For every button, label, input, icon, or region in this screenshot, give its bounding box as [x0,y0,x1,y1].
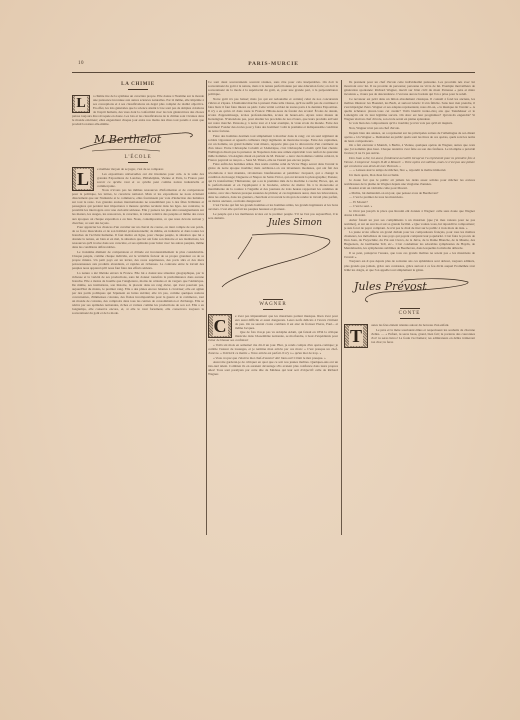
column-divider-2 [341,80,342,535]
paragraph: Pour apprécier les chances d'un cavalier… [72,225,204,249]
paragraph: C'est l'école qui fait les grands hommes… [208,203,338,211]
paragraph: Notre goût n'a pas baissé; mais (ce qui … [208,97,338,133]
section-title-conte: CONTE [344,312,475,316]
paragraph: — « Laissez-leur le temps de mâcher, Sir… [344,168,475,172]
paragraph: Auber faisait un jour ses compliments à … [344,218,475,230]
signature-berthelot: M Berthelot [72,127,204,153]
title-rule [128,89,148,90]
signature-wagner-author: Jules Prévost [344,272,475,304]
paragraph: La nature a été libérale envers la Franc… [72,271,204,316]
paragraph: Je n'irai pas jusqu'à la place que Rossi… [344,209,475,217]
title-rule [400,318,420,319]
signature-flourish-icon [208,221,338,295]
newspaper-page: 10 PARIS-MURCIE LA CHIMIE L a chimie tir… [0,0,520,720]
paragraph: Ce sont deux souverainetés souvent réuni… [208,80,338,96]
paragraph: Ils prennent pour un chef d'école cette … [344,80,475,96]
paragraph: Faire des hommes destinés tout simplemen… [208,134,338,162]
header-rule [72,72,475,73]
section-title-chimie: LA CHIMIE [72,83,204,87]
paragraph: Le troisième élément de comparaison et d… [72,250,204,270]
section-title-wagner: WAGNER [208,303,338,307]
paragraph: Don Juan a été, lui aussi, froidement ac… [344,156,475,168]
title-rule [263,309,283,310]
column-1: LA CHIMIE L a chimie tire de la synthèse… [72,80,204,640]
paragraph: — C'est le premier de tous les musiciens… [344,195,475,199]
paragraph: Je doute fort que le public ait jamais l… [344,178,475,186]
title-rule [400,308,420,309]
paragraph: Nous n'avons pas les mêmes ressources d'… [72,188,204,224]
paragraph: Il se peut, puisqu'on l'assure, que tous… [344,251,475,259]
paragraph: Un mois après, Don Juan fut acclamé. [344,173,475,177]
paragraph: — C'est le seul. » [344,204,475,208]
section-title-ecole: L'ÉCOLE [72,156,204,160]
paragraph: On a fait exécuter à Munich, à Berlin, à… [344,143,475,155]
ornamental-dropcap-icon: C [208,314,232,338]
paragraph: « Voilà six mois en semaine! me dit-il u… [208,343,338,355]
paragraph: « Maître, lui demandait-on un jour, que … [344,191,475,195]
paragraph: Non, Wagner n'est pas un chef d'école. [344,126,475,130]
paragraph: a chimie tire de la synthèse un caractèr… [72,94,204,126]
column-3: Ils prennent pour un chef d'école cette … [344,80,475,640]
running-title: PARIS-MURCIE [72,61,475,67]
paragraph: Je vois bien des compositeurs qu'il a tr… [344,121,475,125]
paragraph: — Et Mozart? [344,200,475,204]
paragraph: « Vous croyez que c'était le mot chef-d'… [208,356,338,360]
paragraph: Faire enfin des hommes utiles. Des noms … [208,162,338,202]
paragraph: Aussi me garderai-je de critiquer en quo… [208,360,338,376]
column-divider-1 [206,80,207,535]
ornamental-dropcap-icon: L [72,167,94,191]
ornamental-dropcap-icon: T [344,324,368,348]
paragraph: Rossini avait un véritable culte pour Mo… [344,186,475,190]
column-2: Ce sont deux souverainetés souvent réuni… [208,80,338,640]
paragraph: Ce novateur est pétri dans un limon abso… [344,97,475,121]
signature-jules-simon: Jules Simon [208,221,338,295]
title-rule [128,162,148,163]
paragraph: Toujours est-il que depuis plus de soixa… [344,259,475,271]
paragraph: Depuis bien des années, on a représenté … [344,131,475,143]
paragraph: La jeune école affecte un grand dédain p… [344,230,475,250]
title-rule [263,299,283,300]
ornamental-dropcap-icon: L [72,95,90,113]
